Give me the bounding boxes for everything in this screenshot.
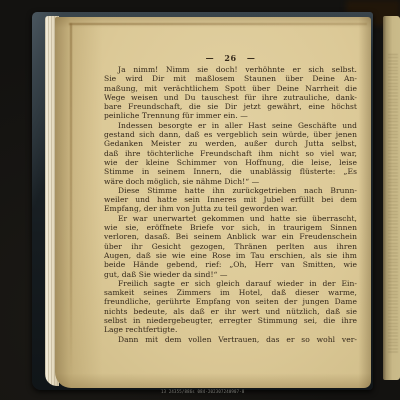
text-line: Empfang, der ihm von Jutta zu teil gewor… [104, 204, 357, 213]
text-line: Er war unerwartet gekommen und hatte sie… [104, 214, 357, 223]
facing-page-edge [383, 16, 400, 380]
text-line: über ihr Gesicht gezogen, Thränen perlte… [104, 242, 357, 251]
text-line: Wege weisen und Du tauschest für ihre zu… [104, 93, 357, 102]
text-line: Dann mit dem vollen Vertrauen, das er so… [104, 335, 357, 344]
gutter-crease-vertical [70, 23, 72, 381]
text-line: samkeit seines Zimmers im Hotel, daß die… [104, 288, 357, 297]
text-line: bare Freundschaft, die sie Dir jetzt gew… [104, 102, 357, 111]
text-block: Ja nimm! Nimm sie doch! verhöhnte er sic… [104, 65, 357, 344]
text-line: freundliche, gerührte Empfang von seiten… [104, 297, 357, 306]
text-line: verloren, dasaß. Bei seinem Anblick war … [104, 232, 357, 241]
text-line: Lage rechtfertigte. [104, 325, 357, 334]
text-line: wie sie, eröffnete Briefe vor sich, in t… [104, 223, 357, 232]
book-page: — 26 — Ja nimm! Nimm sie doch! verhöhnte… [55, 17, 371, 388]
text-line: Augen, daß sie wie eine Rose im Tau ersc… [104, 251, 357, 260]
text-line: gut, daß Sie wieder da sind!“ — [104, 270, 357, 279]
gutter-crease-top [69, 23, 367, 25]
scan-background: — 26 — Ja nimm! Nimm sie doch! verhöhnte… [0, 0, 400, 400]
text-line: Freilich sagte er sich gleich darauf wie… [104, 279, 357, 288]
text-line: Gedanken Meister zu werden, außer durch … [104, 139, 357, 148]
page-number: — 26 — [104, 53, 357, 63]
text-line: Ja nimm! Nimm sie doch! verhöhnte er sic… [104, 65, 357, 74]
facing-page-text-blur [388, 54, 398, 354]
text-line: selbst in niedergebeugter, erregter Stim… [104, 316, 357, 325]
digitization-watermark: 13 24355/886s 084-202307240907-0 [161, 389, 271, 395]
text-line: wäre doch möglich, sie nähme Dich!“ — [104, 177, 357, 186]
text-line: weiler und hatte sein Inneres mit Jubel … [104, 195, 357, 204]
text-line: nichts bedeute, als daß er ihr wert und … [104, 307, 357, 316]
text-line: Indessen besorgte er in aller Hast seine… [104, 121, 357, 130]
text-line: maßung, mit verächtlichem Spott über Dei… [104, 84, 357, 93]
text-line: Stimme in seinem Innern, die unablässig … [104, 167, 357, 176]
text-line: daß ihre töchterliche Freundschaft ihm n… [104, 149, 357, 158]
text-line: Sie wird Dir mit maßlosem Staunen über D… [104, 74, 357, 83]
text-line: Diese Stimme hatte ihn zurückgetrieben n… [104, 186, 357, 195]
text-line: gestand sich dann, daß es vergeblich sei… [104, 130, 357, 139]
text-line: wie der kleine Schimmer von Hoffnung, di… [104, 158, 357, 167]
text-line: peinliche Trennung für immer ein. — [104, 111, 357, 120]
text-line: beide Hände gebend, rief: „Oh, Herr van … [104, 260, 357, 269]
